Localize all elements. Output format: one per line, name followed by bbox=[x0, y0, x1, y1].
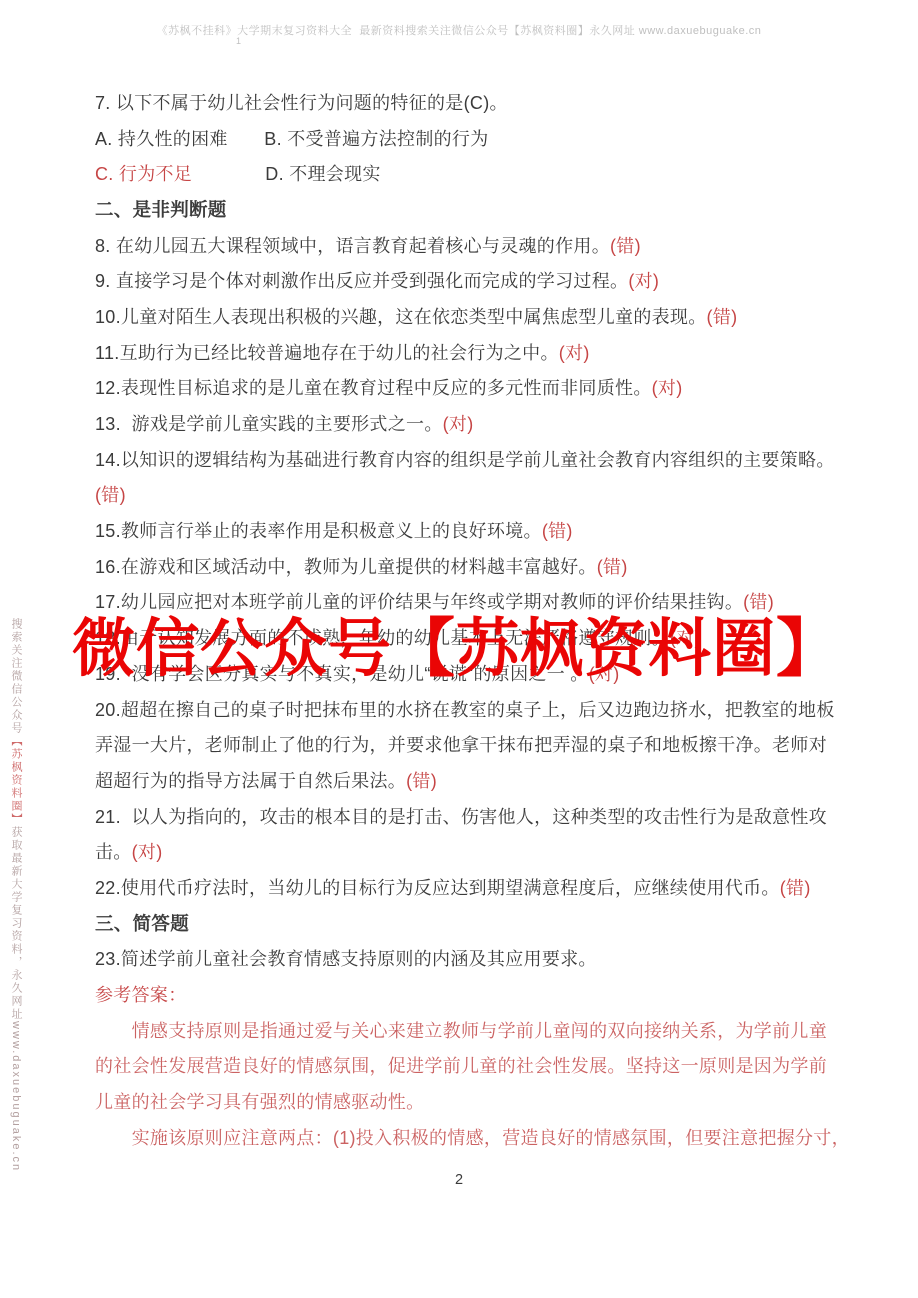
text-line: 11.互助行为已经比较普遍地存在于幼儿的社会行为之中。(对) bbox=[95, 334, 855, 370]
line-text: 7. 以下不属于幼儿社会性行为问题的特征的是(C)。 bbox=[95, 89, 508, 115]
answer-mark: (错) bbox=[780, 874, 811, 900]
header-footnote-mark: 1 bbox=[236, 36, 241, 46]
text-line: 的社会性发展营造良好的情感氛围，促进学前儿童的社会性发展。坚持这一原则是因为学前 bbox=[95, 1048, 855, 1084]
answer-mark: (对) bbox=[559, 339, 590, 365]
text-line: 7. 以下不属于幼儿社会性行为问题的特征的是(C)。 bbox=[95, 84, 855, 120]
line-text: 20.超超在擦自己的桌子时把抹布里的水挤在教室的桌子上，后又边跑边挤水，把教室的… bbox=[95, 696, 835, 722]
line-text: 16.在游戏和区域活动中，教师为儿童提供的材料越丰富越好。 bbox=[95, 553, 597, 579]
watermark-text: 微信公众号【苏枫资料圈】 bbox=[72, 598, 840, 689]
text-line: A. 持久性的困难 B. 不受普遍方法控制的行为 bbox=[95, 120, 855, 156]
line-text: 22.使用代币疗法时，当幼儿的目标行为反应达到期望满意程度后，应继续使用代币。 bbox=[95, 874, 780, 900]
line-text: 的社会性发展营造良好的情感氛围，促进学前儿童的社会性发展。坚持这一原则是因为学前 bbox=[95, 1052, 827, 1078]
line-text: 二、是非判断题 bbox=[95, 196, 227, 222]
answer-mark: (错) bbox=[597, 553, 628, 579]
line-text: 弄湿一大片，老师制止了他的行为，并要求他拿干抹布把弄湿的桌子和地板擦干净。老师对 bbox=[95, 731, 827, 757]
line-text: 超超行为的指导方法属于自然后果法。 bbox=[95, 767, 406, 793]
line-text: A. 持久性的困难 B. 不受普遍方法控制的行为 bbox=[95, 125, 489, 151]
page-number: 2 bbox=[0, 1172, 918, 1188]
answer-mark: (错) bbox=[610, 232, 641, 258]
line-text: 9. 直接学习是个体对刺激作出反应并受到强化而完成的学习过程。 bbox=[95, 267, 628, 293]
answer-mark: (错) bbox=[707, 303, 738, 329]
text-line: 情感支持原则是指通过爱与关心来建立教师与学前儿童闯的双向接纳关系，为学前儿童 bbox=[95, 1012, 855, 1048]
line-text: 10.儿童对陌生人表现出积极的兴趣，这在依恋类型中属焦虑型儿童的表现。 bbox=[95, 303, 707, 329]
text-line: 实施该原则应注意两点：(1)投入积极的情感，营造良好的情感氛围，但要注意把握分寸… bbox=[95, 1119, 855, 1155]
answer-mark: (对) bbox=[443, 410, 474, 436]
sidebar-note-suffix: 获取最新大学复习资料，永久网址www.daxuebuguake.cn bbox=[10, 826, 22, 1172]
text-line: 22.使用代币疗法时，当幼儿的目标行为反应达到期望满意程度后，应继续使用代币。(… bbox=[95, 869, 855, 905]
text-line: 二、是非判断题 bbox=[95, 191, 855, 227]
text-line: 弄湿一大片，老师制止了他的行为，并要求他拿干抹布把弄湿的桌子和地板擦干净。老师对 bbox=[95, 726, 855, 762]
line-text: 23.简述学前儿童社会教育情感支持原则的内涵及其应用要求。 bbox=[95, 945, 597, 971]
line-text: 21. 以人为指向的，攻击的根本目的是打击、伤害他人，这种类型的攻击性行为是敌意… bbox=[95, 803, 827, 829]
text-line: 超超行为的指导方法属于自然后果法。(错) bbox=[95, 762, 855, 798]
text-line: 21. 以人为指向的，攻击的根本目的是打击、伤害他人，这种类型的攻击性行为是敌意… bbox=[95, 798, 855, 834]
line-text: D. 不理会现实 bbox=[192, 160, 381, 186]
text-line: C. 行为不足 D. 不理会现实 bbox=[95, 155, 855, 191]
line-text: 8. 在幼儿园五大课程领域中，语言教育起着核心与灵魂的作用。 bbox=[95, 232, 610, 258]
sidebar-note-prefix: 搜索关注微信公众号 bbox=[10, 618, 22, 735]
line-text: 14.以知识的逻辑结构为基础进行教育内容的组织是学前儿童社会教育内容组织的主要策… bbox=[95, 446, 835, 472]
text-line: (错) bbox=[95, 477, 855, 513]
text-line: 三、简答题 bbox=[95, 905, 855, 941]
answer-mark: C. 行为不足 bbox=[95, 160, 192, 186]
text-line: 8. 在幼儿园五大课程领域中，语言教育起着核心与灵魂的作用。(错) bbox=[95, 227, 855, 263]
line-text: 11.互助行为已经比较普遍地存在于幼儿的社会行为之中。 bbox=[95, 339, 559, 365]
answer-mark: (对) bbox=[652, 374, 683, 400]
answer-mark: (错) bbox=[542, 517, 573, 543]
sidebar-note-highlight: 【苏枫资料圈】 bbox=[10, 735, 22, 826]
document-page: 《苏枫不挂科》大学期末复习资料大全 最新资料搜索关注微信公众号【苏枫资料圈】永久… bbox=[0, 0, 918, 1298]
text-line: 16.在游戏和区域活动中，教师为儿童提供的材料越丰富越好。(错) bbox=[95, 548, 855, 584]
text-line: 12.表现性目标追求的是儿童在教育过程中反应的多元性而非同质性。(对) bbox=[95, 370, 855, 406]
text-line: 13. 游戏是学前儿童实践的主要形式之一。(对) bbox=[95, 405, 855, 441]
text-line: 14.以知识的逻辑结构为基础进行教育内容的组织是学前儿童社会教育内容组织的主要策… bbox=[95, 441, 855, 477]
text-line: 10.儿童对陌生人表现出积极的兴趣，这在依恋类型中属焦虑型儿童的表现。(错) bbox=[95, 298, 855, 334]
answer-mark: 参考答案： bbox=[95, 981, 187, 1007]
page-header-text: 《苏枫不挂科》大学期末复习资料大全 最新资料搜索关注微信公众号【苏枫资料圈】永久… bbox=[0, 22, 918, 38]
line-text: 12.表现性目标追求的是儿童在教育过程中反应的多元性而非同质性。 bbox=[95, 374, 652, 400]
text-line: 参考答案： bbox=[95, 976, 855, 1012]
answer-mark: (对) bbox=[132, 838, 163, 864]
text-line: 20.超超在擦自己的桌子时把抹布里的水挤在教室的桌子上，后又边跑边挤水，把教室的… bbox=[95, 691, 855, 727]
sidebar-vertical-note: 搜索关注微信公众号【苏枫资料圈】获取最新大学复习资料，永久网址www.daxue… bbox=[8, 618, 24, 1088]
line-text: 15.教师言行举止的表率作用是积极意义上的良好环境。 bbox=[95, 517, 542, 543]
answer-mark: (错) bbox=[406, 767, 437, 793]
answer-mark: (对) bbox=[628, 267, 659, 293]
text-line: 9. 直接学习是个体对刺激作出反应并受到强化而完成的学习过程。(对) bbox=[95, 262, 855, 298]
line-text: 三、简答题 bbox=[95, 910, 189, 936]
line-text: 情感支持原则是指通过爱与关心来建立教师与学前儿童闯的双向接纳关系，为学前儿童 bbox=[95, 1017, 827, 1043]
line-text: 13. 游戏是学前儿童实践的主要形式之一。 bbox=[95, 410, 443, 436]
text-line: 儿童的社会学习具有强烈的情感驱动性。 bbox=[95, 1083, 855, 1119]
line-text: 儿童的社会学习具有强烈的情感驱动性。 bbox=[95, 1088, 424, 1114]
text-line: 击。(对) bbox=[95, 833, 855, 869]
line-text: 实施该原则应注意两点：(1)投入积极的情感，营造良好的情感氛围，但要注意把握分寸… bbox=[95, 1124, 850, 1150]
text-line: 23.简述学前儿童社会教育情感支持原则的内涵及其应用要求。 bbox=[95, 941, 855, 977]
line-text: 击。 bbox=[95, 838, 132, 864]
answer-mark: (错) bbox=[95, 481, 126, 507]
text-line: 15.教师言行举止的表率作用是积极意义上的良好环境。(错) bbox=[95, 512, 855, 548]
